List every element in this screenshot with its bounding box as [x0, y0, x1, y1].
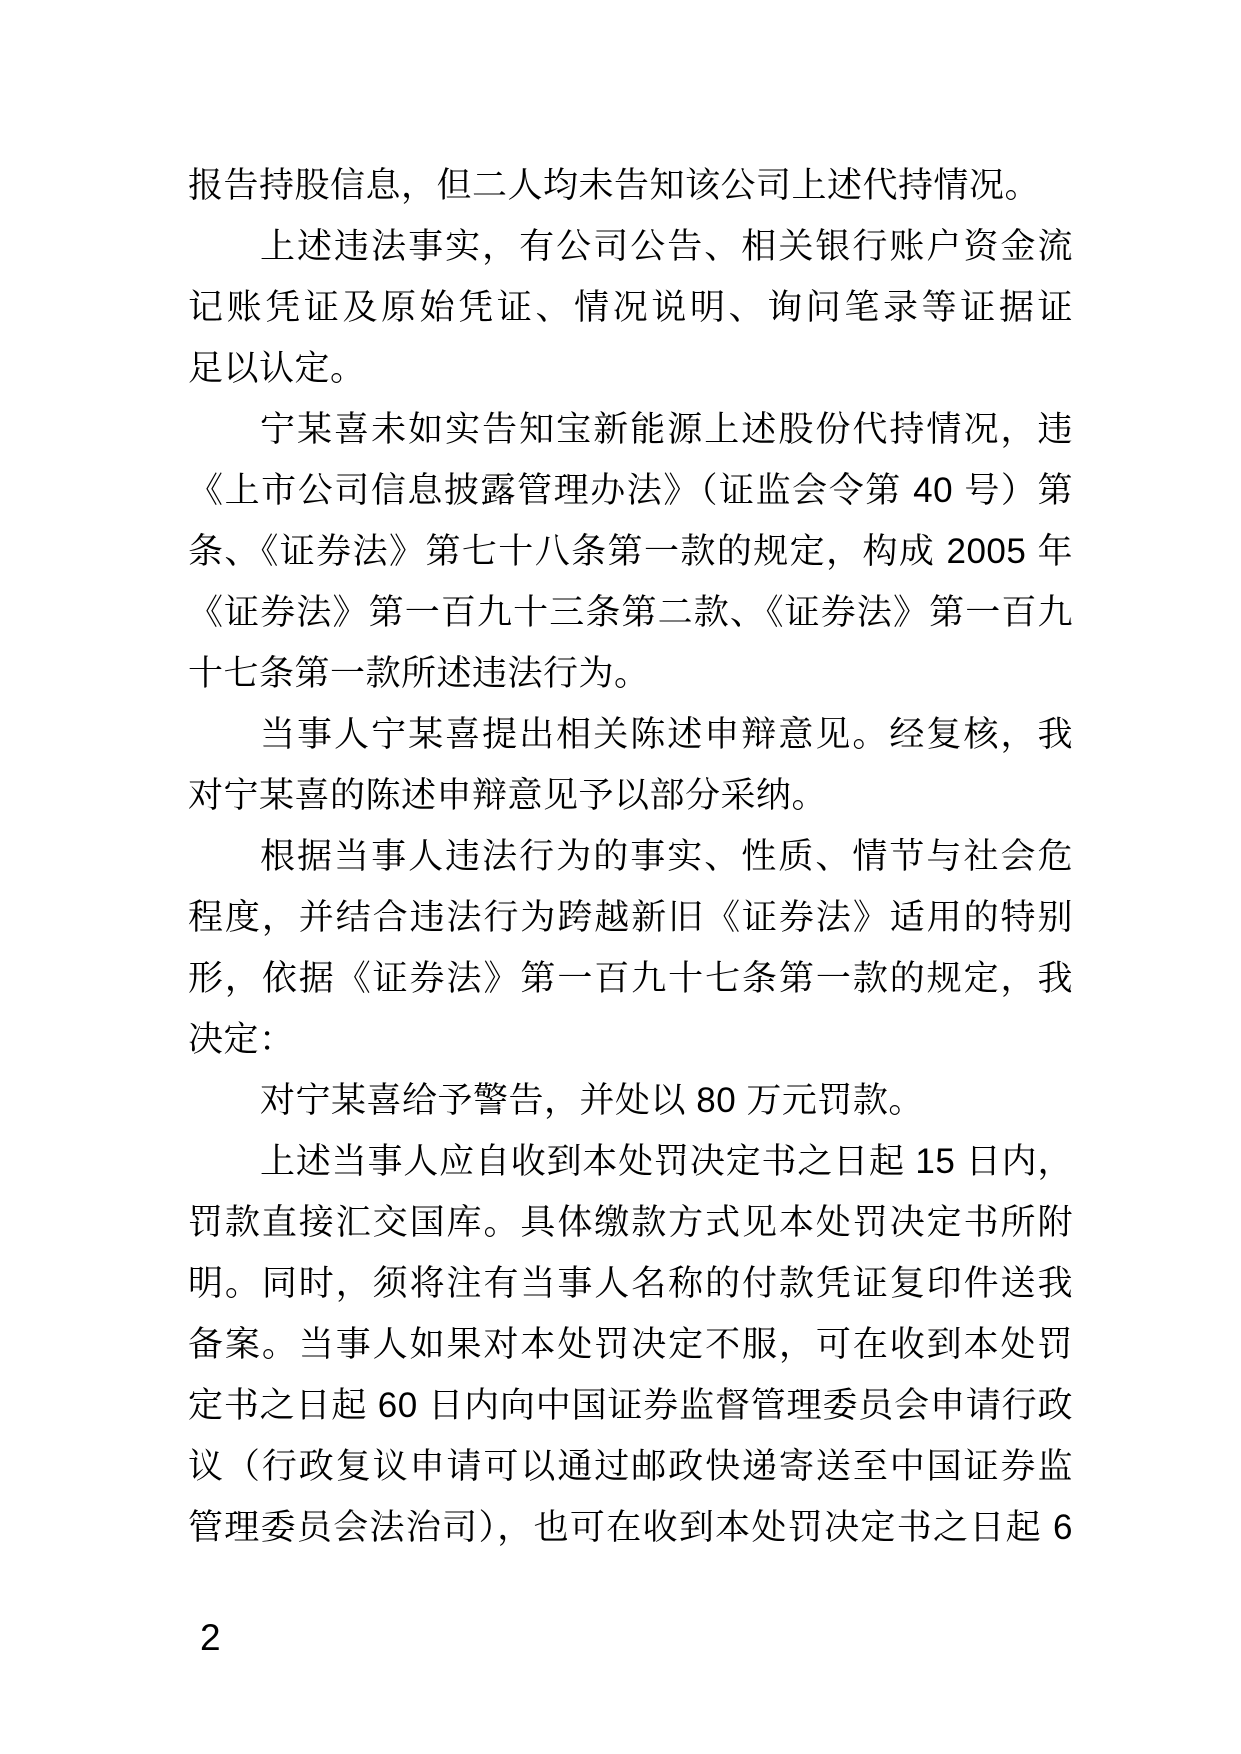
- text-line: 明。同时，须将注有当事人名称的付款凭证复印件送我局: [188, 1253, 1073, 1314]
- text-line: 根据当事人违法行为的事实、性质、情节与社会危害: [188, 826, 1073, 887]
- text-line: 报告持股信息，但二人均未告知该公司上述代持情况。: [188, 155, 1073, 216]
- text-line: 备案。当事人如果对本处罚决定不服，可在收到本处罚决: [188, 1314, 1073, 1375]
- text-line: 上述违法事实，有公司公告、相关银行账户资金流水、: [188, 216, 1073, 277]
- text-line: 程度，并结合违法行为跨越新旧《证券法》适用的特别情: [188, 887, 1073, 948]
- text-line: 《上市公司信息披露管理办法》（证监会令第 40 号）第二: [188, 460, 1073, 521]
- text-line: 上述当事人应自收到本处罚决定书之日起 15 日内，将: [188, 1131, 1073, 1192]
- text-line: 足以认定。: [188, 338, 1073, 399]
- text-line: 形，依据《证券法》第一百九十七条第一款的规定，我局: [188, 948, 1073, 1009]
- text-line: 十七条第一款所述违法行为。: [188, 643, 1073, 704]
- text-line: 对宁某喜给予警告，并处以 80 万元罚款。: [188, 1070, 1073, 1131]
- text-line: 《证券法》第一百九十三条第二款、《证券法》第一百九: [188, 582, 1073, 643]
- text-line: 当事人宁某喜提出相关陈述申辩意见。经复核，我局: [188, 704, 1073, 765]
- text-line: 定书之日起 60 日内向中国证券监督管理委员会申请行政复: [188, 1375, 1073, 1436]
- text-line: 条、《证券法》第七十八条第一款的规定，构成 2005 年: [188, 521, 1073, 582]
- document-page: 报告持股信息，但二人均未告知该公司上述代持情况。上述违法事实，有公司公告、相关银…: [0, 0, 1241, 1754]
- page-number: 2: [200, 1616, 221, 1660]
- text-line: 对宁某喜的陈述申辩意见予以部分采纳。: [188, 765, 1073, 826]
- text-line: 宁某喜未如实告知宝新能源上述股份代持情况，违反: [188, 399, 1073, 460]
- text-line: 管理委员会法治司），也可在收到本处罚决定书之日起 6: [188, 1497, 1073, 1558]
- text-line: 罚款直接汇交国库。具体缴款方式见本处罚决定书所附说: [188, 1192, 1073, 1253]
- text-line: 决定：: [188, 1009, 1073, 1070]
- text-line: 记账凭证及原始凭证、情况说明、询问笔录等证据证明，: [188, 277, 1073, 338]
- text-line: 议（行政复议申请可以通过邮政快递寄送至中国证券监督: [188, 1436, 1073, 1497]
- document-body: 报告持股信息，但二人均未告知该公司上述代持情况。上述违法事实，有公司公告、相关银…: [188, 155, 1073, 1558]
